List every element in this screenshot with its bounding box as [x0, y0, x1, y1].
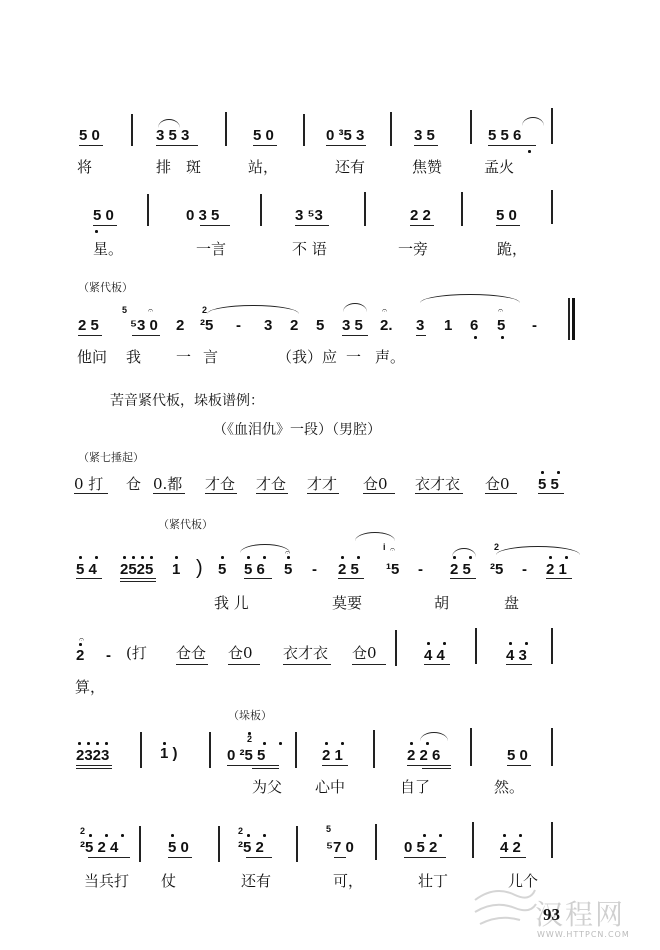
dash: - — [106, 648, 111, 664]
tempo-mark: （紧代板） — [158, 516, 213, 532]
lyric: 当兵打 — [84, 872, 129, 890]
measure-4: ⁵7 0 — [326, 840, 354, 856]
measure-1: 5 0 — [79, 128, 100, 144]
fermata-icon: 𝄐 — [148, 307, 153, 316]
lyric: 为父 — [252, 778, 282, 796]
note-group: 4 4 — [424, 648, 445, 664]
dash: - — [312, 562, 317, 578]
lyric: 他问 — [77, 348, 107, 366]
lyric: 壮丁 — [418, 872, 448, 890]
measure-3: 5 0 — [253, 128, 274, 144]
page-number: 93 — [543, 905, 560, 925]
lyric: （我）应 — [277, 348, 337, 366]
lyric: 不 语 — [292, 240, 327, 258]
measure-4: 2 1 — [322, 748, 343, 764]
note-group: 2 1 — [546, 562, 567, 578]
note: 5 — [316, 318, 324, 334]
lyric: 然。 — [494, 778, 524, 796]
dash: - — [522, 562, 527, 578]
lyric: 焦赞 — [412, 158, 442, 176]
percussion-group: 才仓 — [205, 475, 235, 493]
measure-4: 2 2 — [410, 208, 431, 224]
percussion-group: 仓0 — [228, 644, 253, 662]
tempo-mark: （垛板） — [228, 707, 272, 723]
measure-2: 3 5 3 — [156, 128, 189, 144]
measure-3: ²5 2 — [238, 840, 264, 856]
percussion-group: 衣才衣 — [415, 475, 460, 493]
note-group: ⁵3 0 — [130, 318, 158, 334]
percussion-group: (打 — [126, 644, 147, 662]
lyric: 一旁 — [398, 240, 428, 258]
lyric: 盘 — [504, 594, 519, 612]
note: 2 — [290, 318, 298, 334]
note-group: 2 5 — [78, 318, 99, 334]
fermata-icon: 𝄐 — [498, 307, 503, 316]
note: 2 — [76, 648, 84, 664]
note-group: 5 6 — [244, 562, 265, 578]
paren: ) — [196, 560, 203, 576]
note-group: 2525 — [120, 562, 153, 578]
percussion-group: 0.都 — [153, 475, 182, 493]
watermark-url: WWW.HTTPCN.COM — [537, 930, 630, 939]
lyric: 可， — [333, 872, 363, 890]
lyric: 孟火 — [484, 158, 514, 176]
tempo-mark: （紧代板） — [78, 279, 133, 295]
lyric: 星。 — [93, 240, 123, 258]
lyric: 自了 — [400, 778, 430, 796]
lyric: 仗 — [161, 872, 176, 890]
lyric: 站， — [248, 158, 278, 176]
lyric: 一 — [346, 348, 361, 366]
fermata-icon: 𝄐 — [382, 307, 387, 316]
measure-5: 3 5 — [414, 128, 435, 144]
lyric: 一 — [176, 348, 191, 366]
dash: - — [532, 318, 537, 334]
note: 3 — [416, 318, 424, 334]
measure-5: 5 0 — [496, 208, 517, 224]
dash: - — [236, 318, 241, 334]
section-heading: 苦音紧代板，垛板谱例： — [110, 390, 264, 410]
measure-1: 5 0 — [93, 208, 114, 224]
note: 1 — [172, 562, 180, 578]
lyric: 排 斑 — [156, 158, 201, 176]
note-group: 2 5 — [450, 562, 471, 578]
percussion-group: 仓0 — [352, 644, 377, 662]
section-subheading: （《血泪仇》一段）（男腔） — [213, 419, 381, 439]
measure-1: 2323 — [76, 748, 109, 764]
lyric: 言 — [203, 348, 218, 366]
note: ²5 — [490, 562, 503, 578]
lyric: 声。 — [375, 348, 405, 366]
lyric: 还有 — [241, 872, 271, 890]
final-barline — [572, 298, 575, 340]
measure-6: 4 2 — [500, 840, 521, 856]
lyric: 还有 — [335, 158, 365, 176]
lyric: 胡 — [434, 594, 449, 612]
measure-1: ²5 2 4 — [80, 840, 118, 856]
lyric: 算， — [75, 678, 105, 696]
note: 5 — [284, 562, 292, 578]
lyric: 我 儿 — [214, 594, 249, 612]
measure-3: 3 ⁵3 — [295, 208, 323, 224]
lyric: 心中 — [315, 778, 345, 796]
note: 5 — [497, 318, 505, 334]
percussion-group: 才才 — [307, 475, 337, 493]
note: 2. — [380, 318, 393, 334]
note: 2 — [176, 318, 184, 334]
lyric: 我 — [126, 348, 141, 366]
lyric: 莫要 — [332, 594, 362, 612]
note: 3 — [264, 318, 272, 334]
note-group: 2 5 — [338, 562, 359, 578]
measure-2: 5 0 — [168, 840, 189, 856]
note: 6 — [470, 318, 478, 334]
percussion-group: 才仓 — [256, 475, 286, 493]
percussion-group: 仓 — [126, 475, 141, 493]
percussion-group: 0 打 — [74, 475, 103, 493]
percussion-group: 仓仓 — [176, 644, 206, 662]
note: ²5 — [200, 318, 213, 334]
percussion-group: 衣才衣 — [283, 644, 328, 662]
measure-5: 2 2 6 — [407, 748, 440, 764]
dash: - — [418, 562, 423, 578]
note-group: 5 4 — [76, 562, 97, 578]
note: ¹5 — [386, 562, 399, 578]
measure-3: 0 ²5 5 — [227, 748, 265, 764]
measure-4: 0 ³5 3 — [326, 128, 364, 144]
tempo-mark: （紧七捶起） — [78, 449, 144, 465]
fermata-icon: 𝄐 — [390, 546, 395, 555]
logo-wave-icon — [470, 880, 540, 930]
note-group: 5 5 — [538, 477, 559, 493]
note: 1 — [444, 318, 452, 334]
measure-6: 5 5 6 — [488, 128, 521, 144]
note-group: 3 5 — [342, 318, 363, 334]
note-group: 4 3 — [506, 648, 527, 664]
percussion-group: 仓0 — [485, 475, 510, 493]
measure-5: 0 5 2 — [404, 840, 437, 856]
lyric: 跪， — [497, 240, 527, 258]
lyric: 一言 — [196, 240, 226, 258]
measure-2: 1 ) — [160, 746, 178, 762]
percussion-group: 仓0 — [363, 475, 388, 493]
note: 5 — [218, 562, 226, 578]
measure-6: 5 0 — [507, 748, 528, 764]
measure-2: 0 3 5 — [186, 208, 219, 224]
lyric: 将 — [77, 158, 92, 176]
